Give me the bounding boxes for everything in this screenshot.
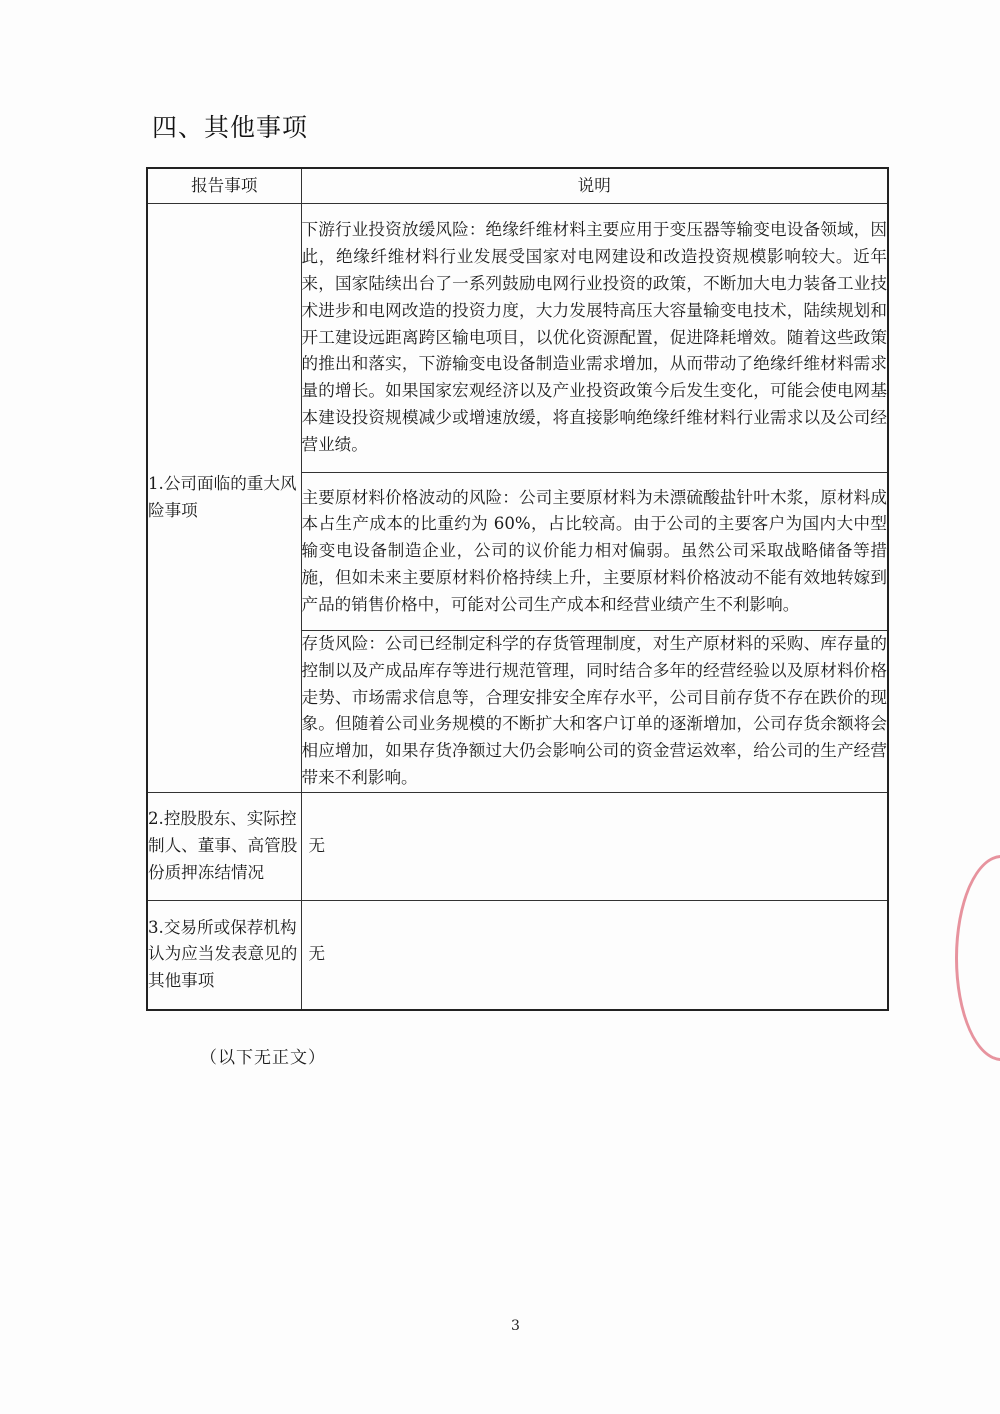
end-note: （以下无正文） — [200, 1043, 326, 1068]
table-row: 1.公司面临的重大风险事项 下游行业投资放缓风险：绝缘纤维材料主要应用于变压器等… — [147, 204, 888, 473]
seal-stamp-icon — [955, 855, 1000, 1061]
row-item-share-pledge: 2.控股股东、实际控制人、董事、高管股份质押冻结情况 — [147, 792, 301, 900]
table-row: 3.交易所或保荐机构认为应当发表意见的其他事项 无 — [147, 900, 888, 1010]
share-pledge-description: 无 — [301, 792, 888, 900]
risk-inventory: 存货风险：公司已经制定科学的存货管理制度，对生产原材料的采购、库存量的控制以及产… — [301, 631, 888, 793]
header-report-item: 报告事项 — [147, 168, 301, 204]
risk-downstream-investment: 下游行业投资放缓风险：绝缘纤维材料主要应用于变压器等输变电设备领域，因此，绝缘纤… — [301, 204, 888, 473]
header-description: 说明 — [301, 168, 888, 204]
report-table: 报告事项 说明 1.公司面临的重大风险事项 下游行业投资放缓风险：绝缘纤维材料主… — [146, 167, 889, 1011]
other-matters-description: 无 — [301, 900, 888, 1010]
section-title: 四、其他事项 — [152, 108, 308, 144]
risk-raw-material-price: 主要原材料价格波动的风险：公司主要原材料为未漂硫酸盐针叶木浆，原材料成本占生产成… — [301, 473, 888, 631]
row-item-major-risks: 1.公司面临的重大风险事项 — [147, 204, 301, 793]
table-row: 2.控股股东、实际控制人、董事、高管股份质押冻结情况 无 — [147, 792, 888, 900]
row-item-other-matters: 3.交易所或保荐机构认为应当发表意见的其他事项 — [147, 900, 301, 1010]
page-number: 3 — [511, 1318, 520, 1334]
table-header-row: 报告事项 说明 — [147, 168, 888, 204]
